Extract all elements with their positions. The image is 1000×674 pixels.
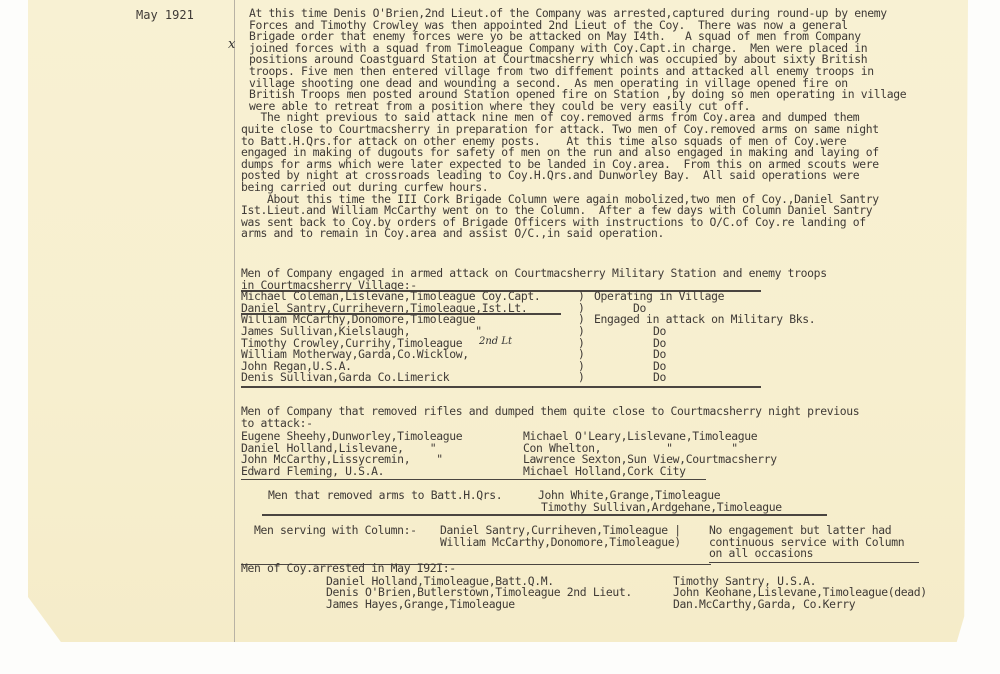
handwritten-annotation: 2nd Lt bbox=[479, 336, 512, 347]
document-date: May 1921 bbox=[136, 8, 194, 22]
bracket: ) bbox=[578, 372, 585, 384]
section-rule bbox=[241, 479, 706, 481]
list-item: Timothy Sullivan,Ardgehane,Timoleague bbox=[541, 502, 782, 514]
list-item: Dan.McCarthy,Garda, Co.Kerry bbox=[673, 599, 855, 611]
section-rule bbox=[709, 562, 919, 564]
paragraph-line: arms and to remain in Coy.area and assis… bbox=[241, 228, 664, 240]
table-rule bbox=[241, 313, 561, 315]
table-rule bbox=[241, 386, 761, 388]
margin-mark: x bbox=[228, 37, 235, 52]
table-row-role: Engaged in attack on Military Bks. bbox=[594, 314, 815, 326]
list-item: James Hayes,Grange,Timoleague bbox=[326, 599, 515, 611]
table-row-role: Operating in Village bbox=[594, 291, 724, 303]
margin-rule bbox=[234, 0, 235, 642]
section-heading: to attack:- bbox=[241, 418, 313, 430]
list-item: Michael Holland,Cork City bbox=[523, 466, 686, 478]
section-label: Men that removed arms to Batt.H.Qrs. bbox=[268, 490, 502, 502]
table-row-name: Denis Sullivan,Garda Co.Limerick bbox=[241, 372, 449, 384]
section-heading: Men of Coy.arrested in May I92I:- bbox=[241, 563, 456, 575]
table-row-role: Do bbox=[653, 372, 666, 384]
list-item: William McCarthy,Donomore,Timoleague) bbox=[440, 537, 681, 549]
section-rule bbox=[262, 514, 827, 516]
section-label: Men serving with Column:- bbox=[254, 525, 417, 537]
note-line: on all occasions bbox=[709, 548, 813, 560]
section-heading: Men of Company that removed rifles and d… bbox=[241, 406, 859, 418]
list-item: Edward Fleming, U.S.A. bbox=[241, 466, 384, 478]
